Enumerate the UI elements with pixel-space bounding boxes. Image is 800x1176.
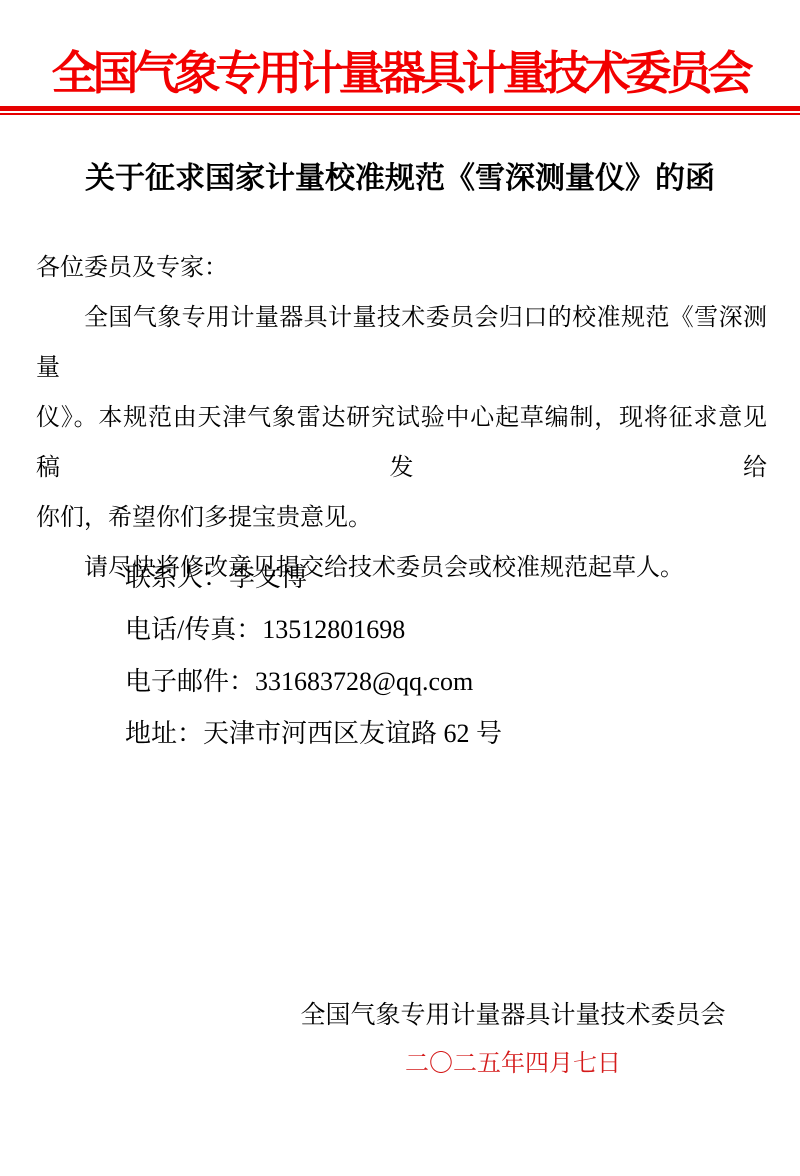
contact-address: 地址：天津市河西区友谊路 62 号 <box>125 708 502 760</box>
paragraph1-line3: 你们，希望你们多提宝贵意见。 <box>36 493 767 543</box>
letter-title: 关于征求国家计量校准规范《雪深测量仪》的函 <box>0 161 800 197</box>
letter-page: 全国气象专用计量器具计量技术委员会 关于征求国家计量校准规范《雪深测量仪》的函 … <box>0 0 800 1176</box>
contact-email: 电子邮件：331683728@qq.com <box>125 656 502 708</box>
contact-info: 联系人：李文博 电话/传真：13512801698 电子邮件：331683728… <box>125 552 502 760</box>
paragraph1-line1: 全国气象专用计量器具计量技术委员会归口的校准规范《雪深测量 <box>36 293 767 393</box>
signature-org-name: 全国气象专用计量器具计量技术委员会 <box>230 1001 796 1031</box>
contact-phone-fax: 电话/传真：13512801698 <box>125 604 502 656</box>
salutation: 各位委员及专家： <box>36 243 767 293</box>
letter-body: 各位委员及专家： 全国气象专用计量器具计量技术委员会归口的校准规范《雪深测量 仪… <box>36 243 767 593</box>
paragraph1-line2: 仪》。本规范由天津气象雷达研究试验中心起草编制，现将征求意见稿发给 <box>36 393 767 493</box>
contact-person: 联系人：李文博 <box>125 552 502 604</box>
letterhead-org-name: 全国气象专用计量器具计量技术委员会 <box>0 47 800 99</box>
letterhead-divider-line <box>0 106 800 115</box>
signature-date: 二〇二五年四月七日 <box>230 1050 796 1078</box>
